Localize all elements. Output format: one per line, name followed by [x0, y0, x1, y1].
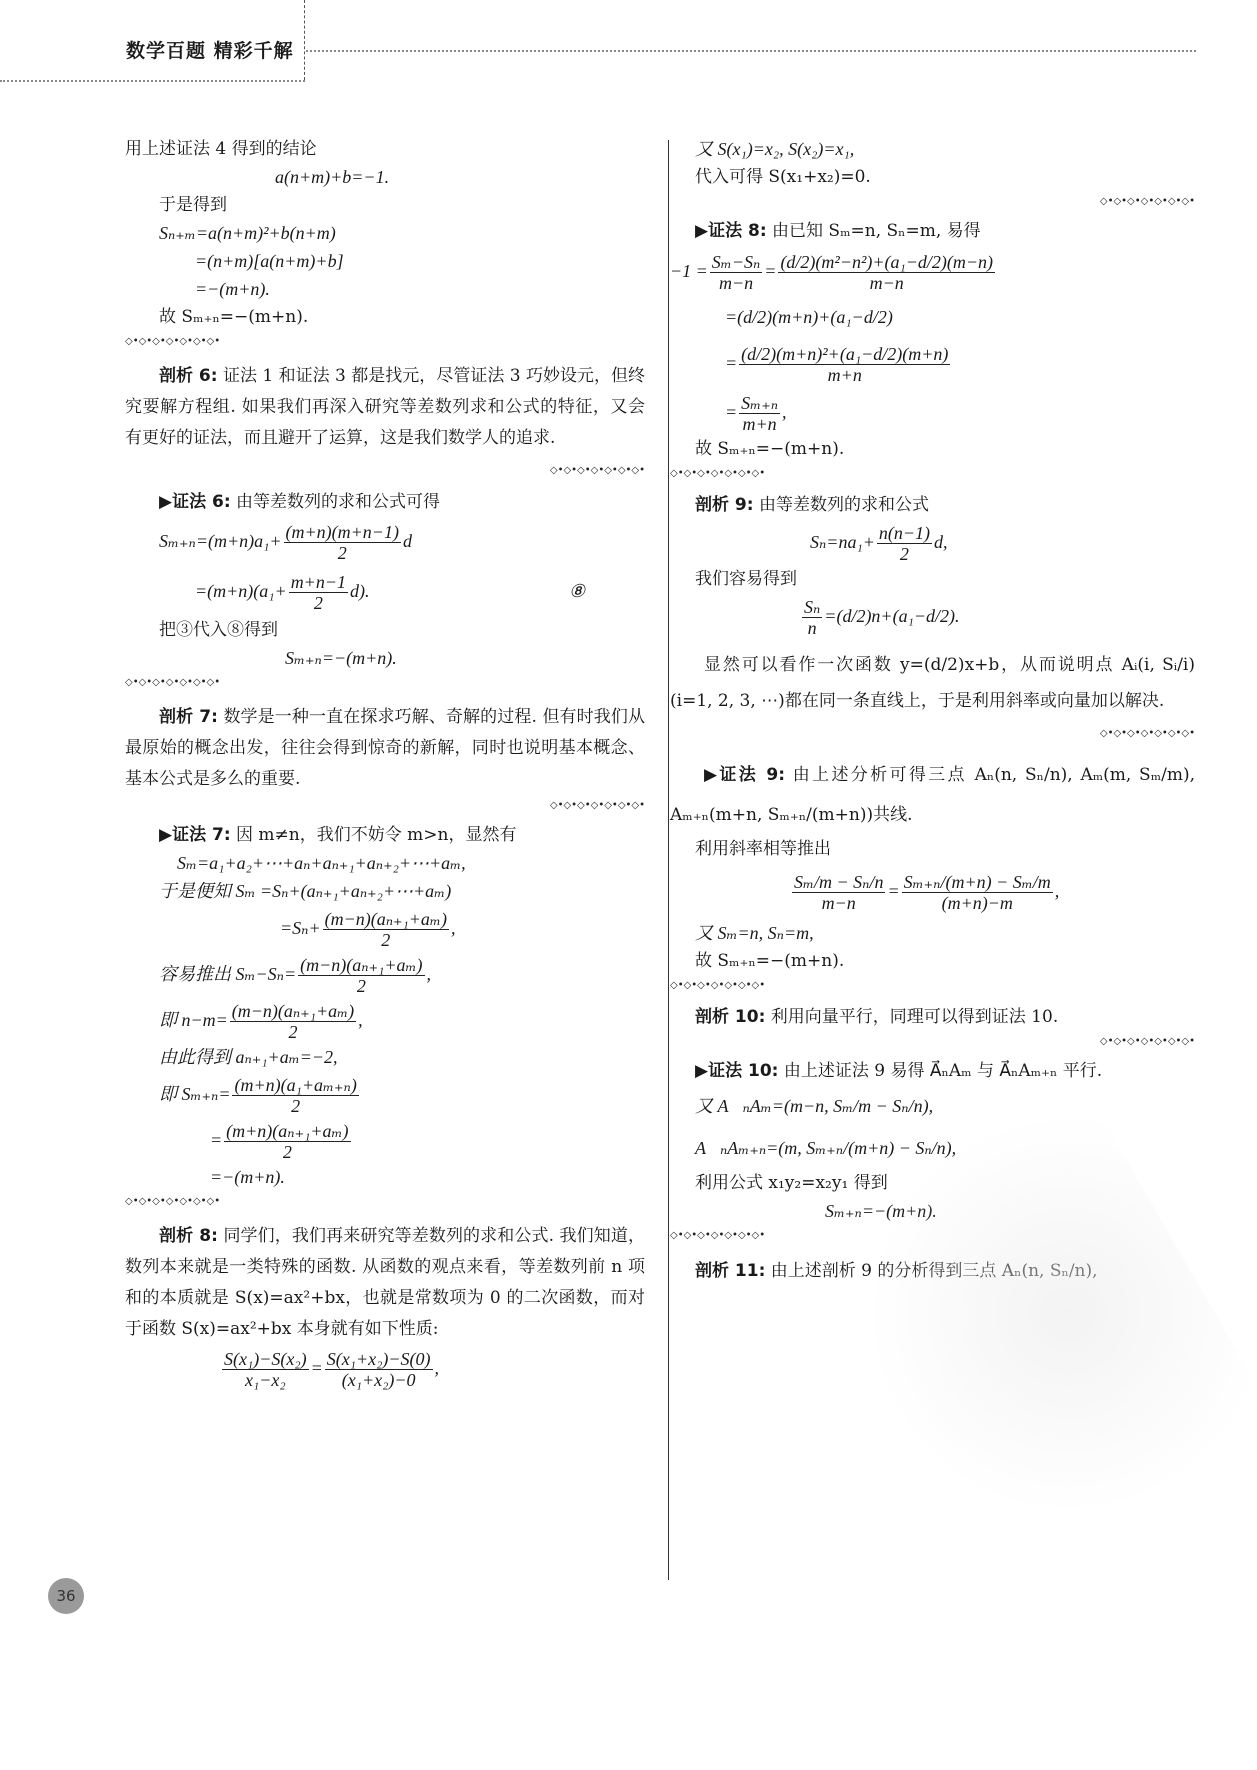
equation: =(d/2)(m+n)²+(a₁−d/2)(m+n)m+n — [695, 337, 1195, 389]
left-column: 用上述证法 4 得到的结论 a(n+m)+b=−1. 于是得到 Sₙ₊ₘ=a(n… — [125, 135, 645, 1391]
separator: ◇•◇•◇•◇•◇•◇•◇• — [670, 975, 1195, 997]
equation: 又 S(x₁)=x₂, S(x₂)=x₁, — [695, 135, 1195, 163]
header-dotted-rule-lower — [0, 80, 305, 82]
text-line: 用上述证法 4 得到的结论 — [125, 135, 645, 163]
equation: Sₘ₊ₙ=−(m+n). — [125, 644, 645, 672]
analysis-6: 剖析 6: 证法 1 和证法 3 都是找元，尽管证法 3 巧妙设元，但终究要解方… — [125, 361, 645, 454]
analysis-9-heading: 剖析 9: 由等差数列的求和公式 — [695, 491, 1195, 519]
proof-9: ▶证法 9: 由上述分析可得三点 Aₙ(n, Sₙ/n), Aₘ(m, Sₘ/m… — [670, 755, 1195, 835]
separator: ◇•◇•◇•◇•◇•◇•◇• — [695, 723, 1195, 745]
separator: ◇•◇•◇•◇•◇•◇•◇• — [125, 1191, 645, 1213]
equation: =(m+n)(aₙ₊₁+aₘ)2 — [125, 1117, 645, 1163]
equation: Sₙ=na₁+n(n−1)2d, — [695, 519, 1195, 565]
equation: 即 Sₘ₊ₙ=(m+n)(a₁+aₘ₊ₙ)2 — [125, 1071, 645, 1117]
right-column: 又 S(x₁)=x₂, S(x₂)=x₁, 代入可得 S(x₁+x₂)=0. ◇… — [695, 135, 1195, 1285]
separator: ◇•◇•◇•◇•◇•◇•◇• — [695, 191, 1195, 213]
conclusion: 故 Sₘ₊ₙ=−(m+n). — [695, 435, 1195, 463]
header-divider — [304, 0, 305, 80]
text-line: 利用斜率相等推出 — [695, 835, 1195, 863]
proof-6-heading: ▶证法 6: 由等差数列的求和公式可得 — [125, 488, 645, 516]
equation: Sₘ=a₁+a₂+⋯+aₙ+aₙ₊₁+aₙ₊₂+⋯+aₘ, — [125, 849, 645, 877]
equation: =−(m+n). — [125, 1163, 645, 1191]
fraction: (m+n)(m+n−1)2 — [284, 522, 401, 563]
fraction: m+n−12 — [289, 572, 348, 613]
conclusion: 故 Sₘ₊ₙ=−(m+n). — [125, 303, 645, 331]
equation: 即 n−m=(m−n)(aₙ₊₁+aₘ)2, — [125, 997, 645, 1043]
equation: =Sₘ₊ₙm+n, — [695, 389, 1195, 435]
equation: 又 A⃗ₙAₘ=(m−n, Sₘ/m − Sₙ/n), — [695, 1085, 1195, 1127]
text-line: 把③代入⑧得到 — [125, 616, 645, 644]
text-line: 我们容易得到 — [695, 565, 1195, 593]
separator: ◇•◇•◇•◇•◇•◇•◇• — [125, 331, 645, 353]
equation: Sₘ/m − Sₙ/nm−n=Sₘ₊ₙ/(m+n) − Sₘ/m(m+n)−m, — [695, 863, 1195, 919]
column-divider — [668, 140, 669, 1580]
text-line: 代入可得 S(x₁+x₂)=0. — [695, 163, 1195, 191]
separator: ◇•◇•◇•◇•◇•◇•◇• — [125, 672, 645, 694]
equation-number: ⑧ — [569, 566, 585, 616]
equation: =Sₙ+(m−n)(aₙ₊₁+aₘ)2, — [125, 905, 645, 951]
equation: =−(m+n). — [125, 275, 645, 303]
separator: ◇•◇•◇•◇•◇•◇•◇• — [125, 460, 645, 482]
analysis-8: 剖析 8: 同学们，我们再来研究等差数列的求和公式. 我们知道，数列本来就是一类… — [125, 1221, 645, 1345]
separator: ◇•◇•◇•◇•◇•◇•◇• — [125, 795, 645, 817]
proof-text: 由等差数列的求和公式可得 — [236, 492, 440, 512]
equation: 又 Sₘ=n, Sₙ=m, — [695, 919, 1195, 947]
equation: =(n+m)[a(n+m)+b] — [125, 247, 645, 275]
equation: Sₘ₊ₙ=(m+n)a₁+(m+n)(m+n−1)2d — [125, 516, 645, 566]
proof-label: ▶证法 6: — [159, 492, 231, 512]
header-dotted-rule — [306, 50, 1196, 52]
equation: =(d/2)(m+n)+(a₁−d/2) — [695, 297, 1195, 337]
book-title: 数学百题 精彩千解 — [126, 36, 294, 63]
analysis-10: 剖析 10: 利用向量平行，同理可以得到证法 10. — [695, 1003, 1195, 1031]
page-number: 36 — [48, 1578, 84, 1614]
equation: a(n+m)+b=−1. — [125, 163, 645, 191]
conclusion: 故 Sₘ₊ₙ=−(m+n). — [695, 947, 1195, 975]
equation-8: =(m+n)(a₁+m+n−12d). ⑧ — [125, 566, 645, 616]
equation: 由此得到 aₙ₊₁+aₘ=−2, — [125, 1043, 645, 1071]
equation: 容易推出 Sₘ−Sₙ=(m−n)(aₙ₊₁+aₘ)2, — [125, 951, 645, 997]
separator: ◇•◇•◇•◇•◇•◇•◇• — [695, 1031, 1195, 1053]
proof-10-heading: ▶证法 10: 由上述证法 9 易得 A⃗ₙAₘ 与 A⃗ₙAₘ₊ₙ 平行. — [695, 1057, 1195, 1085]
page-header: 数学百题 精彩千解 — [0, 0, 1257, 90]
analysis-9-paragraph: 显然可以看作一次函数 y=(d/2)x+b，从而说明点 Aᵢ(i, Sᵢ/i)(… — [670, 647, 1195, 719]
equation: Sₙ₊ₘ=a(n+m)²+b(n+m) — [125, 219, 645, 247]
equation: Sₙn=(d/2)n+(a₁−d/2). — [695, 593, 1195, 639]
analysis-7: 剖析 7: 数学是一种一直在探求巧解、奇解的过程. 但有时我们从最原始的概念出发… — [125, 702, 645, 795]
text-line: 于是得到 — [125, 191, 645, 219]
proof-8-heading: ▶证法 8: 由已知 Sₘ=n, Sₙ=m, 易得 — [695, 217, 1195, 245]
equation: 于是便知 Sₘ =Sₙ+(aₙ₊₁+aₙ₊₂+⋯+aₘ) — [125, 877, 645, 905]
separator: ◇•◇•◇•◇•◇•◇•◇• — [670, 463, 1195, 485]
analysis-label: 剖析 6: — [159, 366, 218, 386]
equation: S(x₁)−S(x₂)x₁−x₂=S(x₁+x₂)−S(0)(x₁+x₂)−0, — [125, 1345, 645, 1391]
proof-7-heading: ▶证法 7: 因 m≠n，我们不妨令 m>n，显然有 — [125, 821, 645, 849]
equation: −1 =Sₘ−Sₙm−n=(d/2)(m²−n²)+(a₁−d/2)(m−n)m… — [670, 245, 1195, 297]
